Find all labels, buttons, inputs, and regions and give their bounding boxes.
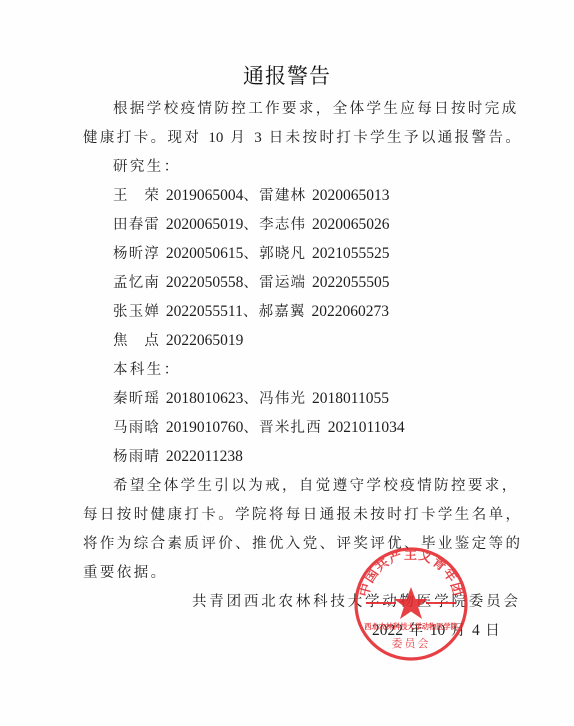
- student-name: 雷运端: [259, 275, 306, 291]
- date-unit: 月: [445, 623, 472, 639]
- graduate-row: 孟忆南 2022050558、雷运端 2022055505: [113, 273, 390, 293]
- student-id: 2022050558: [166, 274, 244, 291]
- student-id: 2020065013: [312, 187, 390, 204]
- intro-text: 月: [223, 130, 254, 146]
- closing-line-1: 希望全体学生引以为戒，自觉遵守学校疫情防控要求，: [113, 476, 519, 496]
- student-name: 张玉婵: [113, 304, 160, 320]
- student-id: 2018010623: [166, 390, 244, 407]
- student-name: 杨昕淳: [113, 246, 160, 262]
- graduate-row: 杨昕淳 2020050615、郭晓凡 2021055525: [113, 244, 390, 264]
- student-name: 郝嘉翼: [259, 304, 306, 320]
- student-name: 田春雷: [113, 217, 160, 233]
- student-name: 王 荣: [113, 188, 160, 204]
- date-month: 10: [430, 622, 446, 639]
- signature-date: 2022 年 10 月 4 日: [372, 621, 501, 641]
- student-id: 2020050615: [166, 245, 244, 262]
- date-day: 4: [472, 622, 480, 639]
- student-name: 孟忆南: [113, 275, 160, 291]
- student-name: 秦昕瑶: [113, 391, 160, 407]
- student-id: 2020065026: [312, 216, 390, 233]
- undergraduate-row: 秦昕瑶 2018010623、冯伟光 2018011055: [113, 389, 389, 409]
- student-name: 雷建林: [259, 188, 306, 204]
- graduate-heading: 研究生：: [113, 157, 181, 177]
- intro-day: 3: [254, 130, 262, 146]
- student-name: 郭晓凡: [259, 246, 306, 262]
- student-id: 2019010760: [166, 419, 244, 436]
- student-id: 2021055525: [312, 245, 390, 262]
- intro-line-2: 健康打卡。现对 10 月 3 日未按时打卡学生予以通报警告。: [83, 128, 522, 148]
- document-page: 通报警告 根据学校疫情防控工作要求，全体学生应每日按时完成 健康打卡。现对 10…: [0, 0, 574, 726]
- student-id: 2021011034: [328, 419, 405, 436]
- graduate-row: 王 荣 2019065004、雷建林 2020065013: [113, 186, 390, 206]
- intro-text: 健康打卡。现对: [83, 130, 208, 146]
- undergraduate-row: 杨雨晴 2022011238: [113, 447, 243, 467]
- graduate-row: 张玉婵 2022055511、郝嘉翼 2022060273: [113, 302, 389, 322]
- document-title: 通报警告: [0, 60, 574, 90]
- separator: 、: [243, 275, 259, 291]
- student-id: 2022065019: [166, 332, 244, 349]
- student-id: 2022055505: [312, 274, 390, 291]
- date-unit: 日: [480, 623, 501, 639]
- separator: 、: [243, 391, 259, 407]
- svg-text:中国共产主义青年团: 中国共产主义青年团: [356, 547, 466, 599]
- student-id: 2022060273: [311, 303, 389, 320]
- student-name: 李志伟: [259, 217, 306, 233]
- closing-line-2: 每日按时健康打卡。学院将每日通报未按时打卡学生名单，: [83, 505, 522, 525]
- student-name: 杨雨晴: [113, 449, 160, 465]
- separator: 、: [243, 420, 259, 436]
- student-name: 马雨晗: [113, 420, 160, 436]
- date-year: 2022: [372, 622, 403, 639]
- student-id: 2022055511: [166, 303, 243, 320]
- student-name: 焦 点: [113, 333, 160, 349]
- signature-organization: 共青团西北农林科技大学动物医学院委员会: [192, 592, 521, 612]
- undergraduate-row: 马雨晗 2019010760、晋米扎西 2021011034: [113, 418, 405, 438]
- graduate-row: 田春雷 2020065019、李志伟 2020065026: [113, 215, 390, 235]
- intro-text: 日未按时打卡学生予以通报警告。: [262, 130, 523, 146]
- student-name: 晋米扎西: [259, 420, 322, 436]
- closing-line-3: 将作为综合素质评价、推优入党、评奖评优、毕业鉴定等的: [83, 534, 522, 554]
- separator: 、: [243, 304, 259, 320]
- undergraduate-heading: 本科生：: [113, 360, 181, 380]
- student-name: 冯伟光: [259, 391, 306, 407]
- intro-line-1: 根据学校疫情防控工作要求，全体学生应每日按时完成: [113, 99, 519, 119]
- student-id: 2022011238: [166, 448, 243, 465]
- separator: 、: [243, 188, 259, 204]
- separator: 、: [243, 246, 259, 262]
- seal-outer-text: 中国共产主义青年团: [356, 547, 466, 599]
- student-id: 2020065019: [166, 216, 244, 233]
- student-id: 2018011055: [312, 390, 389, 407]
- student-id: 2019065004: [166, 187, 244, 204]
- intro-month: 10: [208, 130, 223, 146]
- date-unit: 年: [403, 623, 430, 639]
- graduate-row: 焦 点 2022065019: [113, 331, 243, 351]
- closing-line-4: 重要依据。: [83, 563, 168, 583]
- separator: 、: [243, 217, 259, 233]
